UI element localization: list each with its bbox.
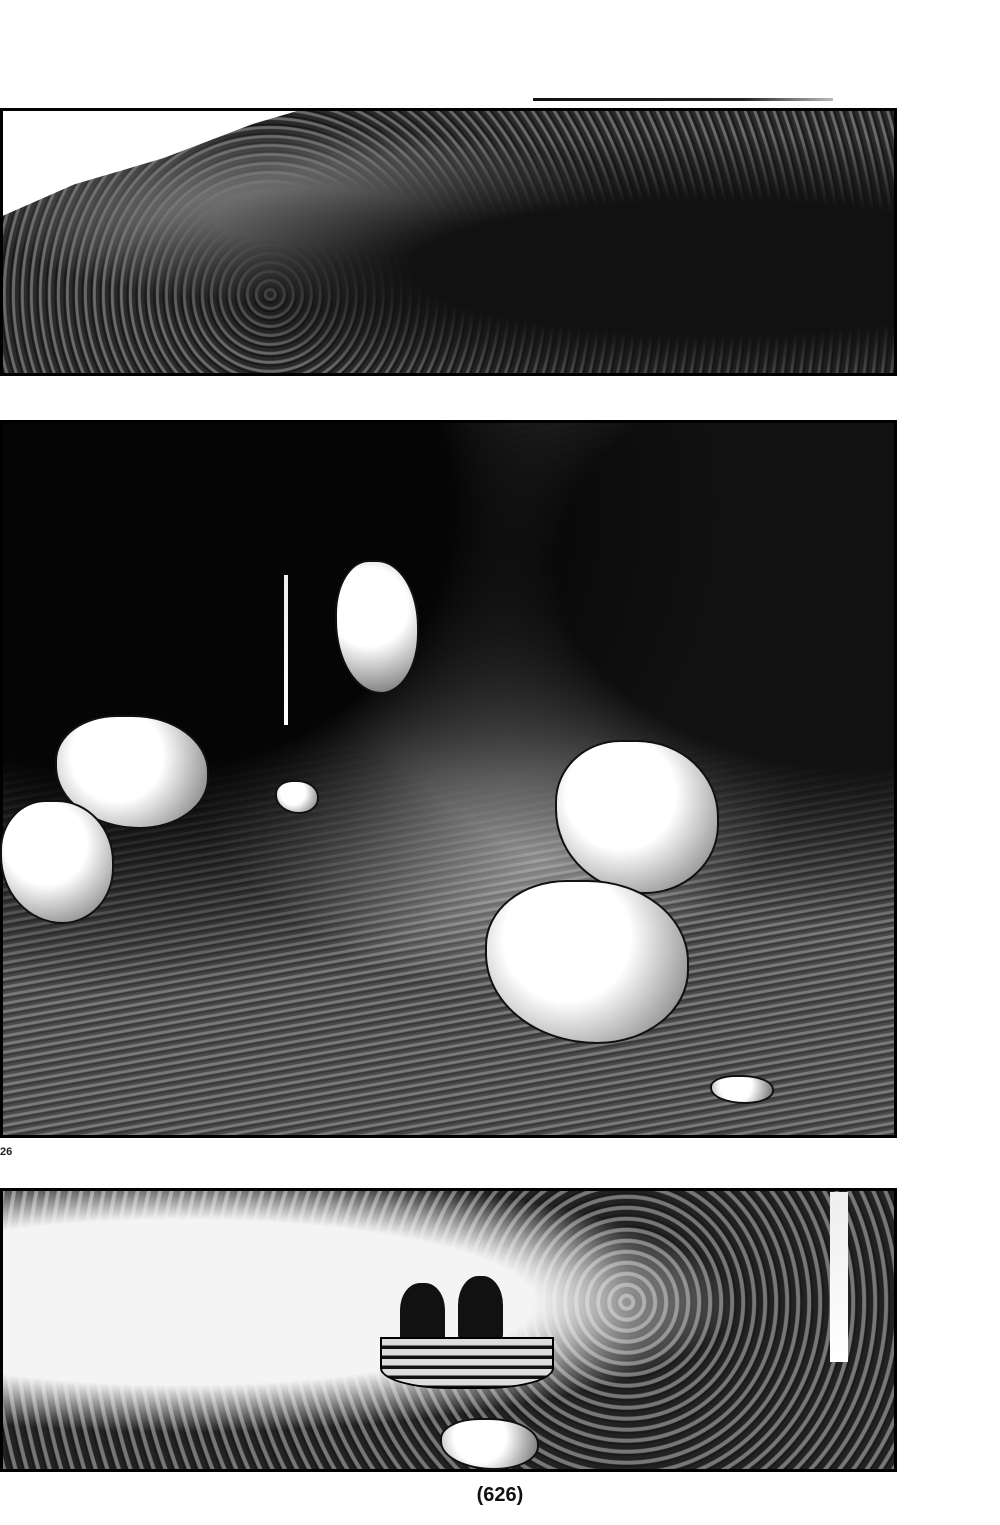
waterfall — [284, 575, 288, 725]
figure-person — [458, 1276, 503, 1341]
panel-mountain-slope — [0, 108, 897, 376]
page-number: (626) — [0, 1484, 1000, 1507]
waterfall — [830, 1192, 848, 1362]
header-rule — [533, 98, 833, 101]
boat — [380, 1337, 554, 1389]
figure-person — [400, 1283, 445, 1343]
sky — [3, 111, 894, 373]
stone — [275, 780, 319, 814]
panel-marker: 26 — [0, 1146, 12, 1158]
